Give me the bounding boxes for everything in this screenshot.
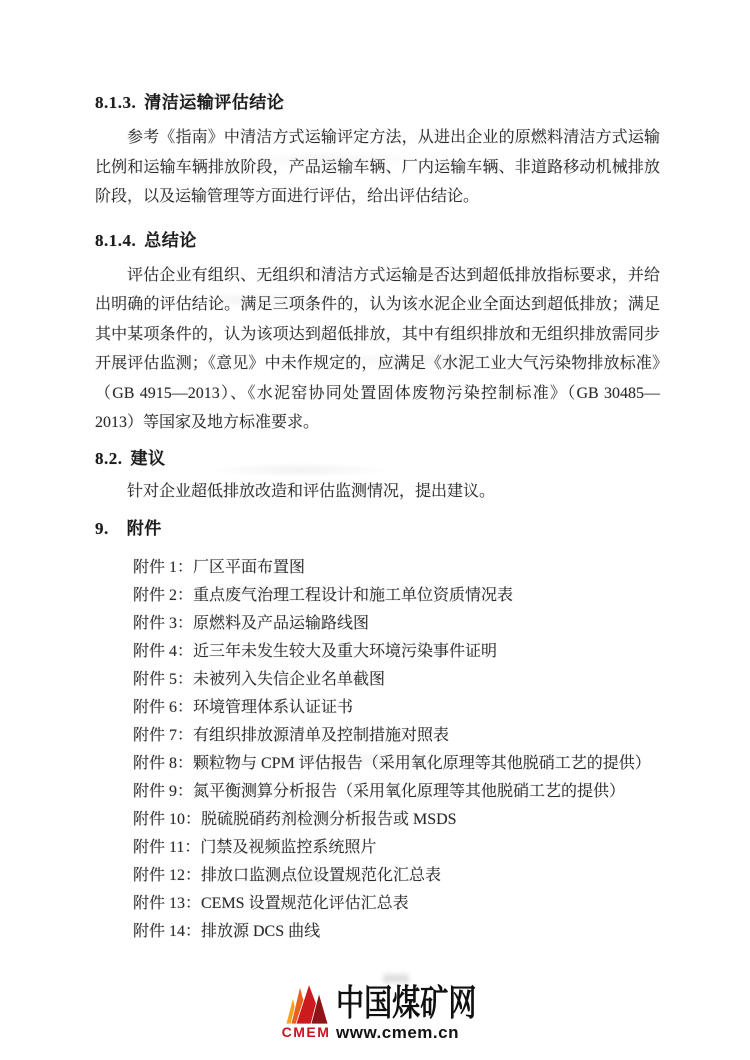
attachment-item: 附件 10：脱硫脱硝药剂检测分析报告或 MSDS <box>133 806 660 834</box>
watermark-text-block: 中国煤矿网 www.cmem.cn <box>336 982 516 1041</box>
section-title: 清洁运输评估结论 <box>144 93 284 112</box>
site-name: 中国煤矿网 <box>336 982 476 1024</box>
section-paragraph-8-1-4: 评估企业有组织、无组织和清洁方式运输是否达到超低排放指标要求，并给出明确的评估结… <box>95 261 660 438</box>
section-paragraph-8-1-3: 参考《指南》中清洁方式运输评定方法，从进出企业的原燃料清洁方式运输比例和运输车辆… <box>95 123 660 212</box>
site-watermark: CMEM 中国煤矿网 www.cmem.cn <box>283 982 516 1041</box>
section-number: 8.1.3. <box>95 93 136 112</box>
section-number: 9. <box>95 519 109 538</box>
attachment-item: 附件 9：氮平衡测算分析报告（采用氧化原理等其他脱硝工艺的提供） <box>133 778 660 806</box>
attachment-item: 附件 11：门禁及视频监控系统照片 <box>133 834 660 862</box>
attachment-item: 附件 2：重点废气治理工程设计和施工单位资质情况表 <box>133 582 660 610</box>
site-url: www.cmem.cn <box>336 1024 516 1041</box>
section-heading-8-1-4: 8.1.4.总结论 <box>95 230 660 252</box>
attachment-item: 附件 13：CEMS 设置规范化评估汇总表 <box>133 890 660 918</box>
section-title: 建议 <box>131 449 166 468</box>
section-title: 总结论 <box>144 231 197 250</box>
cmem-mountains-logo-icon <box>284 982 328 1024</box>
site-abbreviation: CMEM <box>282 1025 331 1039</box>
section-heading-8-1-3: 8.1.3.清洁运输评估结论 <box>95 92 660 114</box>
watermark-logo-block: CMEM <box>283 982 329 1039</box>
section-number: 8.1.4. <box>95 231 136 250</box>
document-page: 8.1.3.清洁运输评估结论 参考《指南》中清洁方式运输评定方法，从进出企业的原… <box>0 0 750 1060</box>
section-paragraph-8-2: 针对企业超低排放改造和评估监测情况，提出建议。 <box>95 477 660 507</box>
attachment-item: 附件 12：排放口监测点位设置规范化汇总表 <box>133 862 660 890</box>
attachment-item: 附件 14：排放源 DCS 曲线 <box>133 918 660 946</box>
attachment-item: 附件 8：颗粒物与 CPM 评估报告（采用氧化原理等其他脱硝工艺的提供） <box>133 750 660 778</box>
section-heading-9: 9.附件 <box>95 518 660 540</box>
attachment-item: 附件 3：原燃料及产品运输路线图 <box>133 610 660 638</box>
attachments-list: 附件 1：厂区平面布置图 附件 2：重点废气治理工程设计和施工单位资质情况表 附… <box>95 554 660 946</box>
attachment-item: 附件 1：厂区平面布置图 <box>133 554 660 582</box>
section-title: 附件 <box>127 519 162 538</box>
attachment-item: 附件 6：环境管理体系认证证书 <box>133 694 660 722</box>
section-number: 8.2. <box>95 449 123 468</box>
section-heading-8-2: 8.2.建议 <box>95 448 660 470</box>
attachment-item: 附件 5：未被列入失信企业名单截图 <box>133 666 660 694</box>
attachment-item: 附件 4：近三年未发生较大及重大环境污染事件证明 <box>133 638 660 666</box>
attachment-item: 附件 7：有组织排放源清单及控制措施对照表 <box>133 722 660 750</box>
